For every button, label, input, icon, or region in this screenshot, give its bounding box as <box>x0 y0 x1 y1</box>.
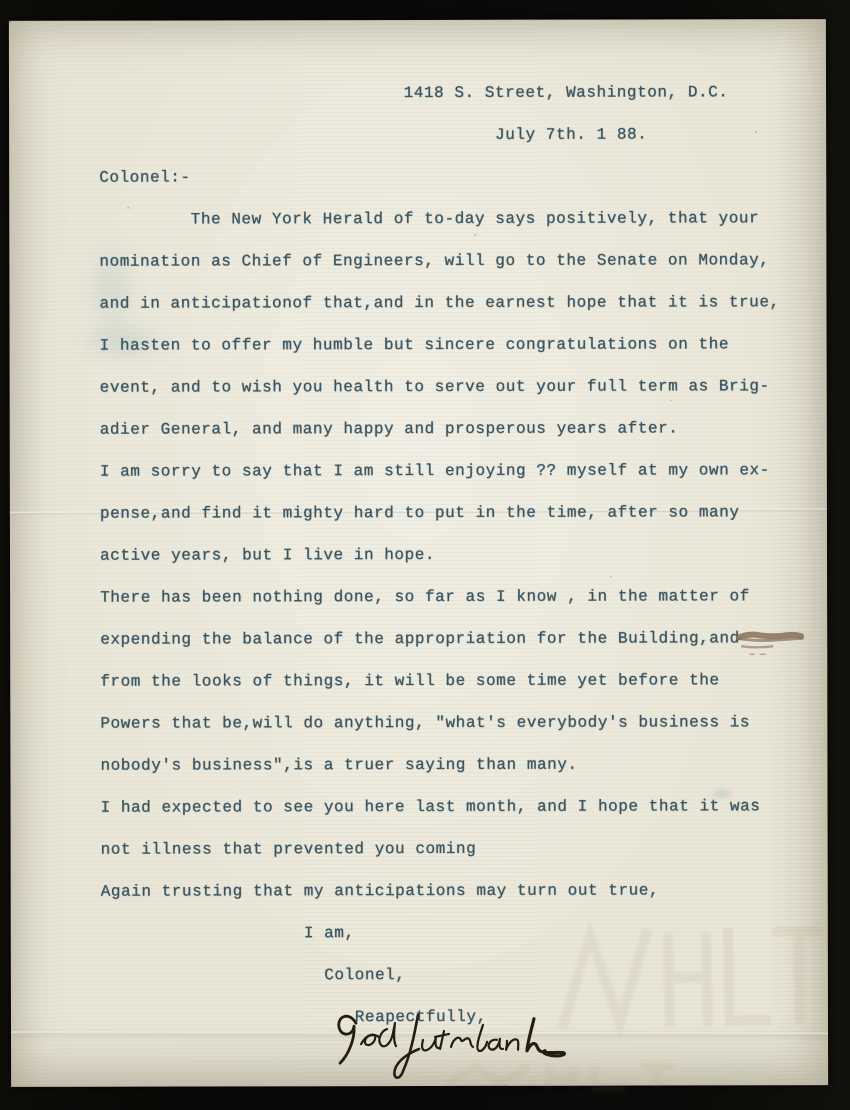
letter-line: 1418 S. Street, Washington, D.C. <box>99 71 809 114</box>
letter-line: I had expected to see you here last mont… <box>100 785 810 828</box>
letter-line: Colonel:- <box>99 155 809 198</box>
letter-line: I am sorry to say that I am still enjoyi… <box>100 449 810 492</box>
letter-line: Colonel, <box>101 953 811 996</box>
letter-line: I am, <box>101 911 811 954</box>
letter-line: I hasten to offer my humble but sincere … <box>100 323 810 366</box>
letter-line: expending the balance of the appropriati… <box>100 617 810 660</box>
signature-scrawl <box>331 1006 571 1095</box>
letter-line: from the looks of things, it will be som… <box>100 659 810 702</box>
letter-line: There has been nothing done, so far as I… <box>100 575 810 618</box>
letter-line: not illness that prevented you coming <box>101 827 811 870</box>
letter-line: pense,and find it mighty hard to put in … <box>100 491 810 534</box>
letter-line: nobody's business",is a truer saying tha… <box>100 743 810 786</box>
ink-specks <box>9 21 11 23</box>
strikeout-smudge <box>736 625 808 659</box>
letter-line: July 7th. 1 88. <box>99 113 809 156</box>
letter-line: The New York Herald of to-day says posit… <box>99 197 809 240</box>
letter-line: Again trusting that my anticipations may… <box>101 869 811 912</box>
letter-line: nomination as Chief of Engineers, will g… <box>99 239 809 282</box>
letter-line: Powers that be,will do anything, "what's… <box>100 701 810 744</box>
letter-page: 1418 S. Street, Washington, D.C. July 7t… <box>9 19 828 1087</box>
letter-line: event, and to wish you health to serve o… <box>100 365 810 408</box>
letter-line: adier General, and many happy and prospe… <box>100 407 810 450</box>
letter-line: active years, but I live in hope. <box>100 533 810 576</box>
letter-line: and in anticipationof that,and in the ea… <box>99 281 809 324</box>
letter-lines: 1418 S. Street, Washington, D.C. July 7t… <box>99 71 811 1038</box>
